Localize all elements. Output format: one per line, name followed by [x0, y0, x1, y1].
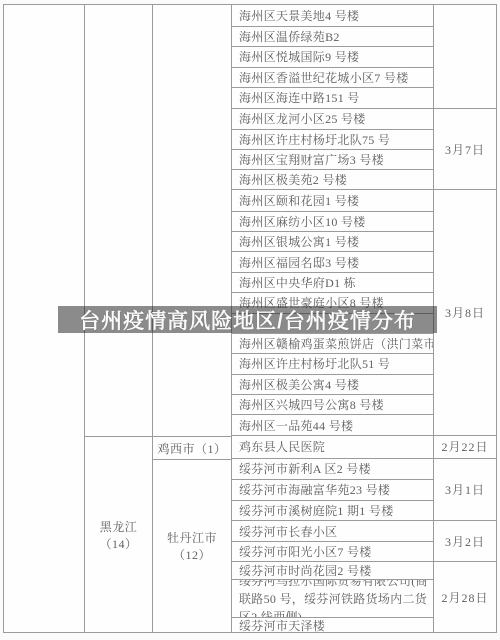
city-cell: 鸡西市（1） [153, 436, 231, 459]
address-list: 绥芬河市长春小区 绥芬河市阳光小区7 号楼 [232, 521, 434, 561]
address-cell: 海州区海连中路151 号 [232, 87, 433, 108]
address-cell: 绥芬河市海融富华苑23 号楼 [232, 479, 433, 500]
address-cell: 海州区赣榆鸡蛋菜煎饼店（洪门菜市场门口） [232, 333, 433, 353]
address-cell: 海州区颐和花园1 号楼 [232, 190, 433, 210]
date-group: 绥芬河市时尚花园2 号楼 绥芬河乌拉尔国际贸易有限公司(商联路50 号，绥芬河铁… [232, 561, 496, 632]
address-cell: 海州区龙河小区25 号楼 [232, 109, 433, 129]
address-list: 绥芬河市新利A 区2 号楼 绥芬河市海融富华苑23 号楼 绥芬河市溪树庭院1 期… [232, 459, 434, 521]
date-cell: 3月1日 [434, 459, 496, 521]
date-cell: 3月7日 [434, 109, 496, 190]
address-cell: 海州区天景美地4 号楼 [232, 5, 433, 26]
page: 黑龙江（14） 鸡西市（1） 牡丹江市（12） 海州区天景美地4 号楼 海州区温… [0, 0, 500, 640]
address-cell: 绥芬河乌拉尔国际贸易有限公司(商联路50 号，绥芬河铁路货场内二货区2 线西侧) [232, 579, 433, 617]
address-cell: 绥芬河市长春小区 [232, 521, 433, 541]
address-cell: 绥芬河市阳光小区7 号楼 [232, 541, 433, 561]
address-cell: 绥芬河市天泽楼 [232, 617, 433, 632]
address-list: 绥芬河市时尚花园2 号楼 绥芬河乌拉尔国际贸易有限公司(商联路50 号，绥芬河铁… [232, 562, 434, 632]
date-cell [434, 5, 496, 108]
date-group: 海州区龙河小区25 号楼 海州区许庄村杨圩北队75 号 海州区宝翔财富广场3 号… [232, 108, 496, 190]
address-cell: 海州区宝翔财富广场3 号楼 [232, 149, 433, 169]
province-cell: 黑龙江（14） [85, 436, 152, 632]
address-list: 海州区天景美地4 号楼 海州区温侨绿苑B2 海州区悦城国际9 号楼 海州区香溢世… [232, 5, 434, 108]
date-cell: 2月22日 [434, 436, 496, 458]
address-cell: 鸡东县人民医院 [232, 436, 433, 458]
address-cell: 海州区兴城四号公寓8 号楼 [232, 394, 433, 414]
date-group: 海州区天景美地4 号楼 海州区温侨绿苑B2 海州区悦城国际9 号楼 海州区香溢世… [232, 5, 496, 108]
address-cell: 绥芬河市溪树庭院1 期1 号楼 [232, 500, 433, 521]
address-list: 海州区龙河小区25 号楼 海州区许庄村杨圩北队75 号 海州区宝翔财富广场3 号… [232, 109, 434, 190]
overlay-title: 台州疫情高风险地区/台州疫情分布 [58, 306, 437, 333]
address-cell: 海州区悦城国际9 号楼 [232, 46, 433, 67]
address-cell: 海州区一品苑44 号楼 [232, 414, 433, 434]
address-cell: 海州区中央华府D1 栋 [232, 272, 433, 292]
city-cell: 牡丹江市（12） [153, 459, 231, 632]
address-cell: 海州区许庄村杨圩北队75 号 [232, 129, 433, 149]
date-cell: 3月8日 [434, 190, 496, 434]
date-group: 鸡东县人民医院 2月22日 [232, 435, 496, 458]
province-cell-empty [85, 5, 152, 436]
address-cell: 海州区极美苑2 号楼 [232, 169, 433, 189]
address-cell: 海州区温侨绿苑B2 [232, 26, 433, 47]
date-group: 绥芬河市长春小区 绥芬河市阳光小区7 号楼 3月2日 [232, 520, 496, 561]
address-cell: 海州区极美公寓4 号楼 [232, 374, 433, 394]
address-cell: 海州区麻纺小区10 号楼 [232, 211, 433, 231]
address-cell: 海州区福园名邸3 号楼 [232, 251, 433, 271]
date-group: 绥芬河市新利A 区2 号楼 绥芬河市海融富华苑23 号楼 绥芬河市溪树庭院1 期… [232, 458, 496, 521]
date-cell: 3月2日 [434, 521, 496, 561]
address-cell: 绥芬河市时尚花园2 号楼 [232, 562, 433, 579]
date-cell: 2月28日 [434, 562, 496, 632]
address-list: 鸡东县人民医院 [232, 436, 434, 458]
address-cell: 绥芬河市新利A 区2 号楼 [232, 459, 433, 480]
address-cell: 海州区许庄村杨圩北队51 号 [232, 353, 433, 373]
address-cell: 海州区香溢世纪花城小区7 号楼 [232, 67, 433, 88]
city-cell-empty [153, 5, 231, 436]
address-cell: 海州区银城公寓1 号楼 [232, 231, 433, 251]
